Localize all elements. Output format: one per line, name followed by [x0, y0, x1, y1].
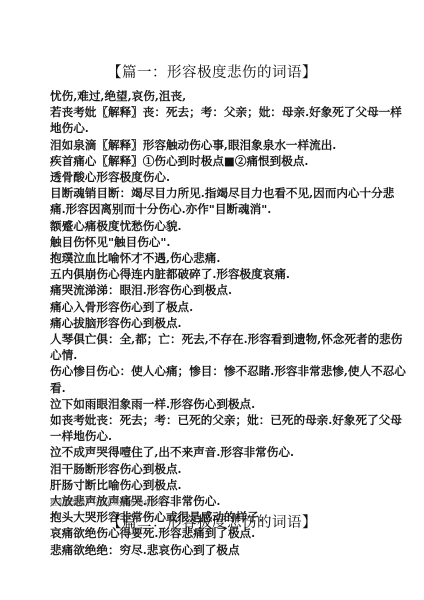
section-title-2: 【篇二：形容极度悲伤的词语】 [0, 511, 424, 532]
text-line: 透骨酸心形容极度伤心. [50, 169, 380, 185]
text-line: 痛哭流涕涕：眼泪.形容伤心到极点. [50, 282, 380, 298]
text-line: 人琴俱亡俱：全,都；亡：死去,不存在.形容看到遗物,怀念死者的悲伤 [50, 331, 380, 347]
text-line: 地伤心. [50, 120, 380, 136]
text-line: 痛心入骨形容伤心到了极点. [50, 299, 380, 315]
text-line: 五内俱崩伤心得连内脏都破碎了.形容极度哀痛. [50, 266, 380, 282]
text-line: 泪如泉滴〖解释〗形容触动伤心事,眼泪象泉水一样流出. [50, 137, 380, 153]
text-line: 泣不成声哭得噎住了,出不来声音.形容非常伤心. [50, 444, 380, 460]
text-line: 触目伤怀见"触目伤心". [50, 234, 380, 250]
small-note: 抱头痛哭指十分伤心或感动,抱头大哭 [50, 498, 164, 508]
text-line: 悲痛欲绝绝：穷尽.悲哀伤心到了极点 [50, 542, 380, 558]
text-line: 痛.形容因离别而十分伤心.亦作"目断魂消". [50, 201, 380, 217]
text-line: 一样地伤心. [50, 428, 380, 444]
text-line: 忧伤,难过,绝望,哀伤,沮丧, [50, 88, 380, 104]
text-line: 心情. [50, 347, 380, 363]
text-line: 若丧考妣〖解释〗丧：死去；考：父亲；妣：母亲.好象死了父母一样 [50, 104, 380, 120]
document-body: 忧伤,难过,绝望,哀伤,沮丧, 若丧考妣〖解释〗丧：死去；考：父亲；妣：母亲.好… [50, 88, 380, 558]
section-title-1: 【篇一：形容极度悲伤的词语】 [0, 61, 424, 82]
text-line: 泣下如雨眼泪象雨一样.形容伤心到极点. [50, 396, 380, 412]
text-line: 伤心惨目伤心：使人心痛；惨目：惨不忍睹.形容非常悲惨,使人不忍心 [50, 363, 380, 379]
text-line: 肝肠寸断比喻伤心到极点. [50, 477, 380, 493]
text-line: 目断魂销目断：竭尽目力所见.指竭尽目力也看不见,因而内心十分悲 [50, 185, 380, 201]
text-line: 痛心拔脑形容伤心到极点. [50, 315, 380, 331]
text-line: 泪干肠断形容伤心到极点. [50, 461, 380, 477]
text-line: 如丧考妣丧：死去；考：已死的父亲；妣：已死的母亲.好象死了父母 [50, 412, 380, 428]
text-line: 看. [50, 380, 380, 396]
text-line: 额蹙心痛极度忧愁伤心貌. [50, 218, 380, 234]
text-line: 疾首痛心〖解释〗①伤心到时极点■②痛恨到极点. [50, 153, 380, 169]
text-line: 抱璞泣血比喻怀才不遇,伤心悲痛. [50, 250, 380, 266]
